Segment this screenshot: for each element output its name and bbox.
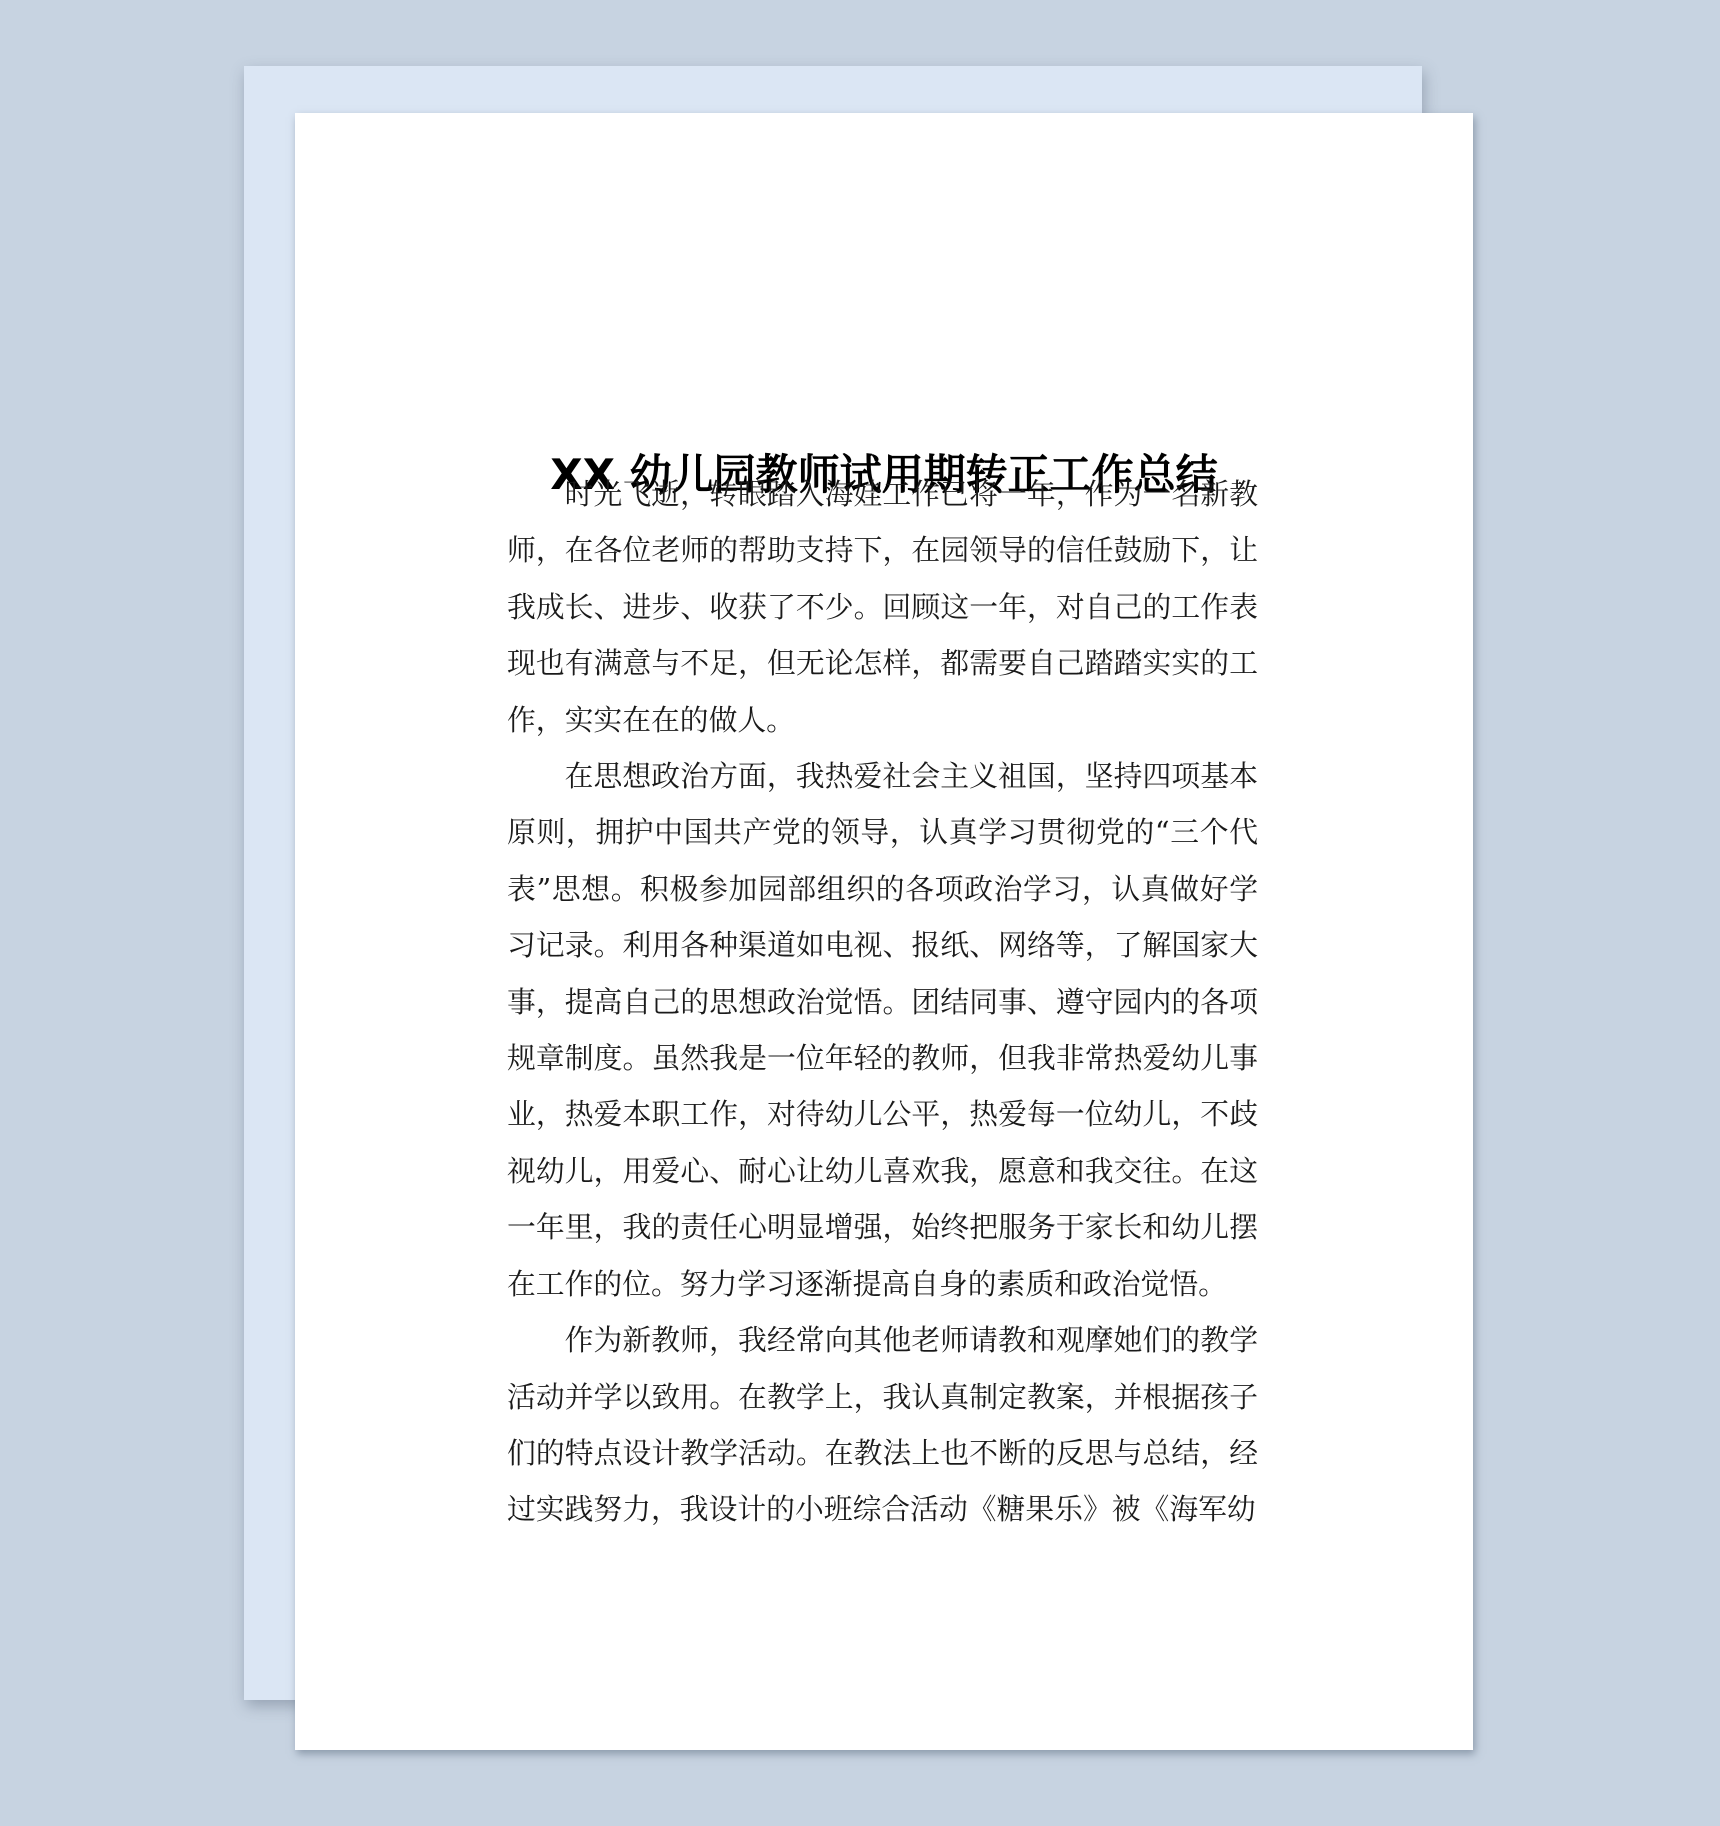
paragraph-intro: 时光飞逝，转眼踏入海娃工作已将一年，作为一名新教师，在各位老师的帮助支持下，在园… [507,466,1258,748]
document-body: 时光飞逝，转眼踏入海娃工作已将一年，作为一名新教师，在各位老师的帮助支持下，在园… [507,466,1258,1538]
paragraph-teaching: 作为新教师，我经常向其他老师请教和观摩她们的教学活动并学以致用。在教学上，我认真… [507,1312,1258,1538]
paragraph-political: 在思想政治方面，我热爱社会主义祖国，坚持四项基本原则，拥护中国共产党的领导，认真… [507,748,1258,1312]
